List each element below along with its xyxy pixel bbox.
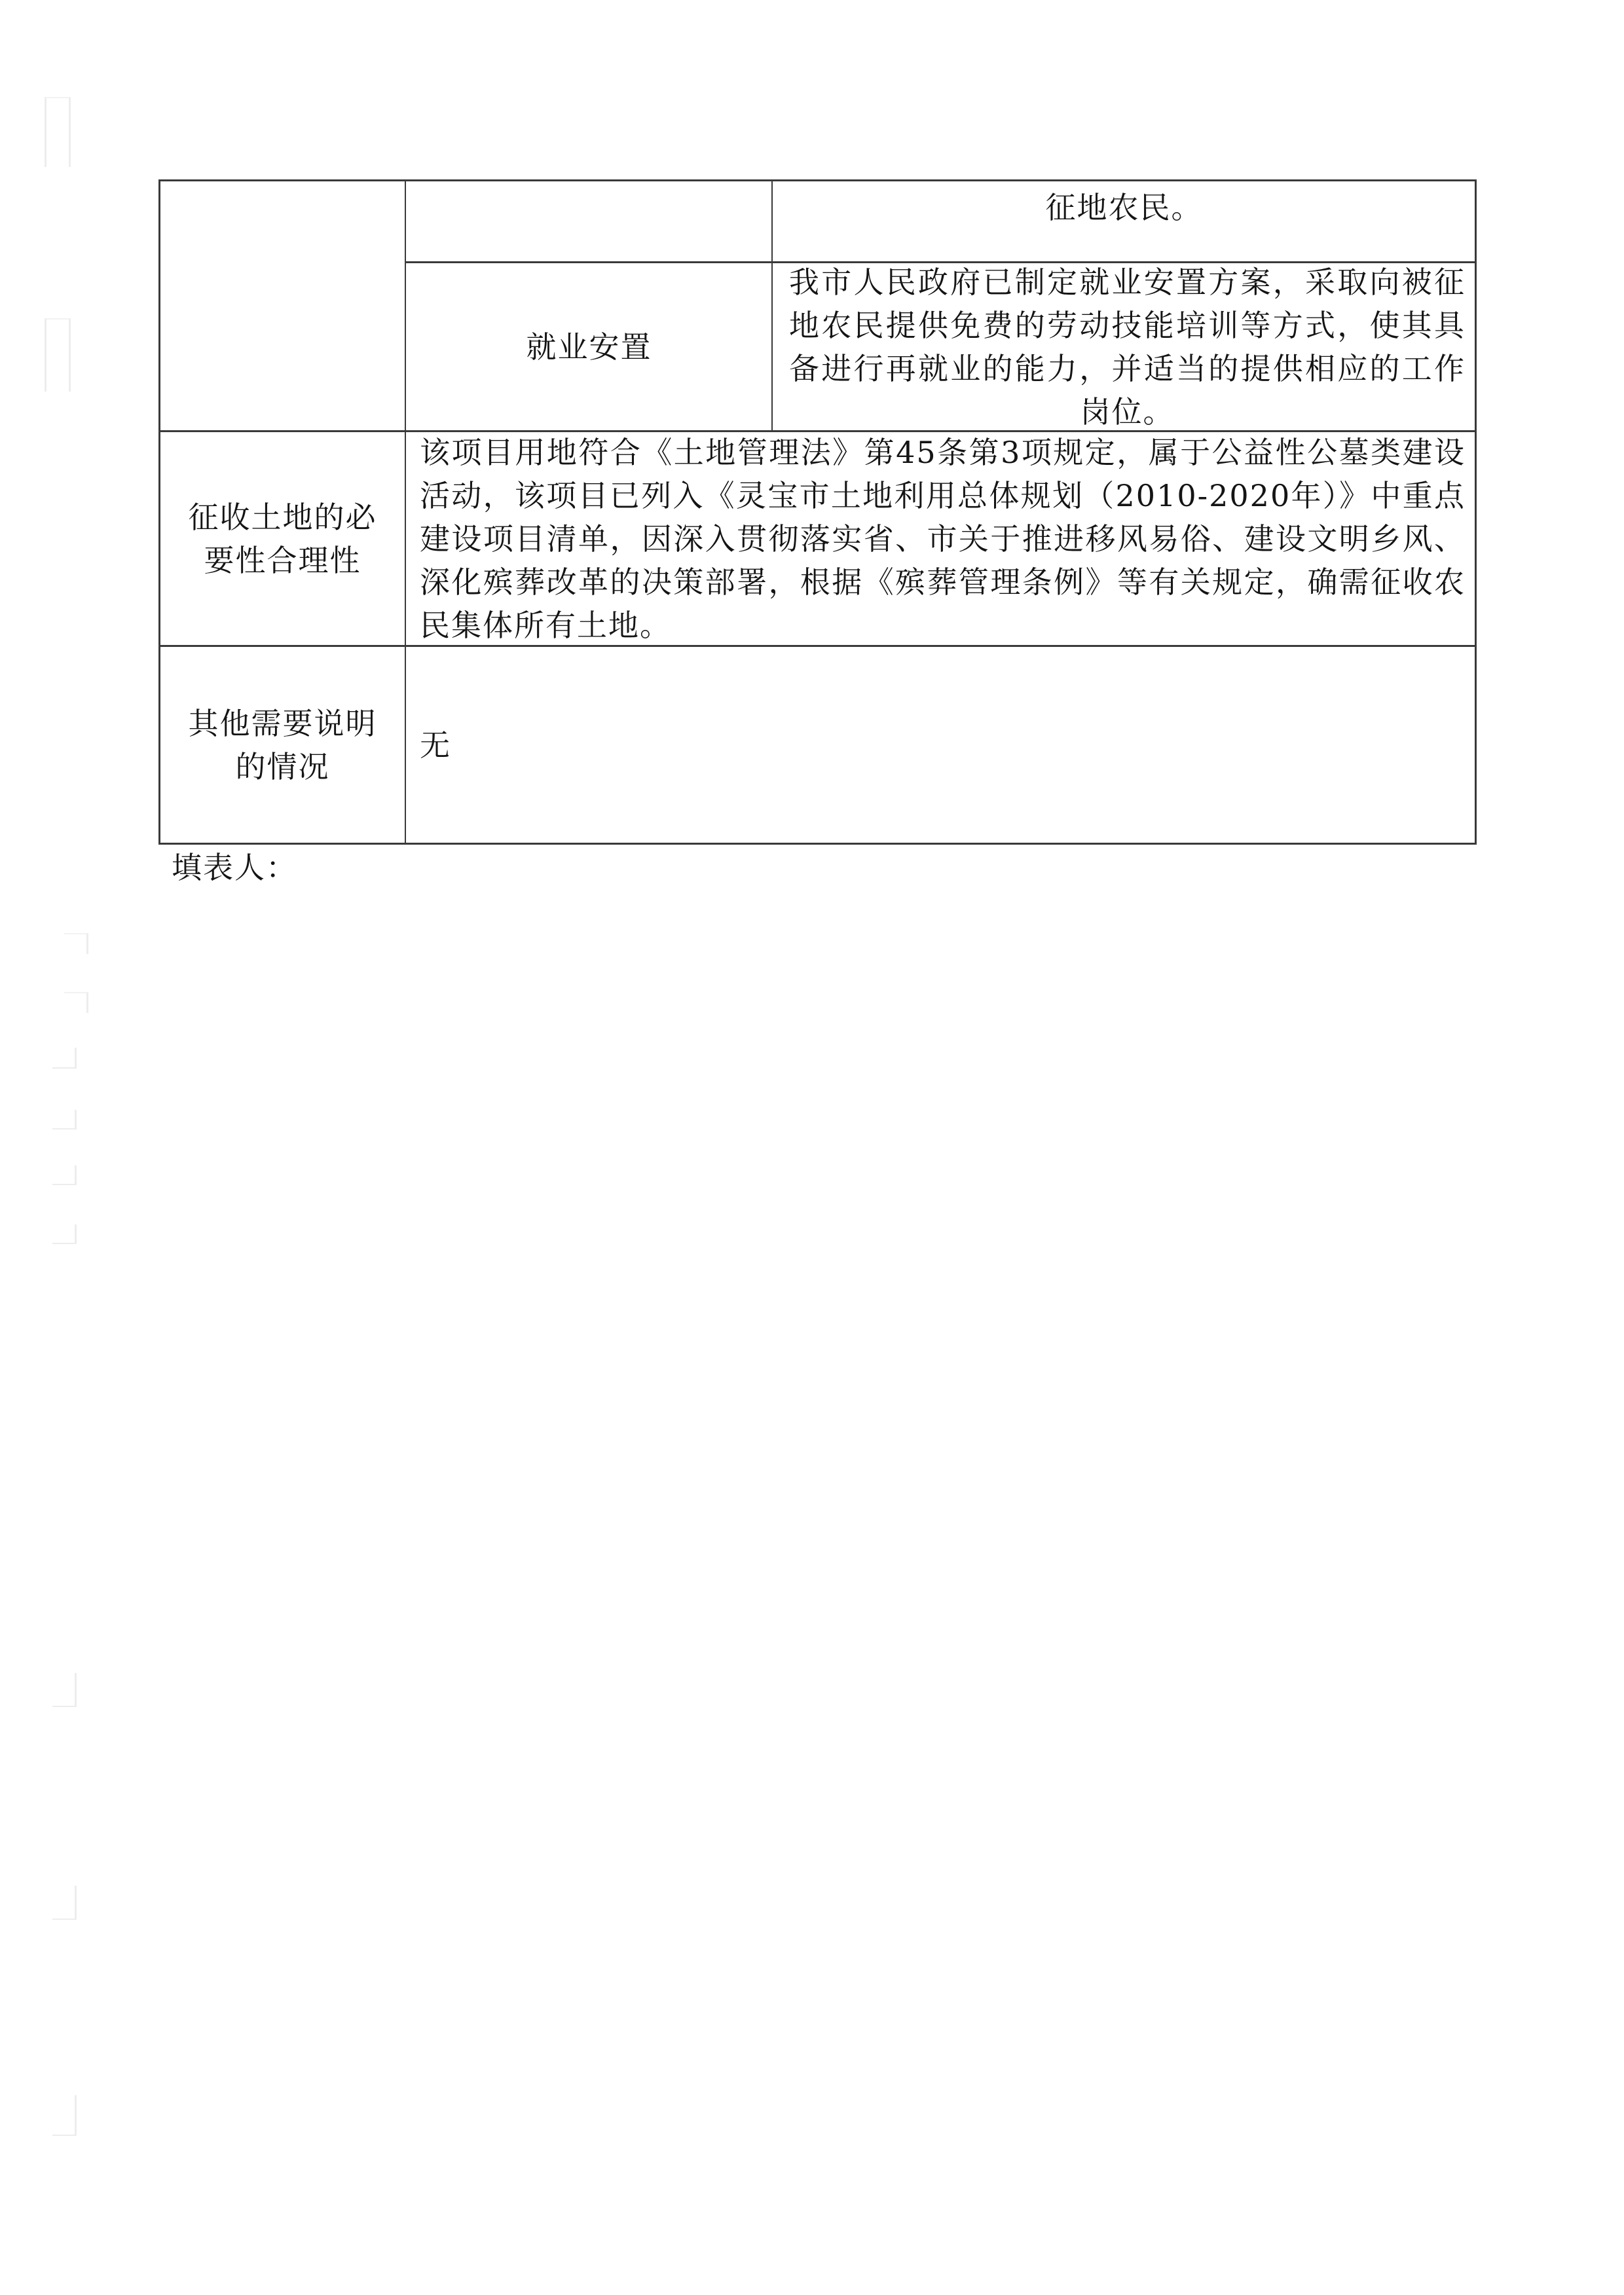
table-divider bbox=[771, 181, 773, 431]
table-divider bbox=[405, 181, 406, 843]
row-a-content: 征地农民。 bbox=[1046, 186, 1203, 229]
other-notes-label: 其他需要说明 的情况 bbox=[189, 702, 377, 788]
necessity-content-cell: 该项目用地符合《土地管理法》第45条第3项规定，属于公益性公墓类建设活动，该项目… bbox=[407, 432, 1475, 645]
necessity-label: 征收土地的必 要性合理性 bbox=[189, 496, 377, 582]
necessity-label-cell: 征收土地的必 要性合理性 bbox=[160, 432, 405, 645]
scan-artifact bbox=[52, 1886, 77, 1920]
row-a-sublabel-cell bbox=[407, 181, 771, 261]
scan-artifact bbox=[52, 1048, 77, 1069]
employment-content: 我市人民政府已制定就业安置方案，采取向被征地农民提供免费的劳动技能培训等方式，使… bbox=[789, 261, 1466, 433]
row-a-content-cell: 征地农民。 bbox=[773, 181, 1475, 234]
scan-artifact bbox=[52, 1673, 77, 1707]
employment-content-cell: 我市人民政府已制定就业安置方案，采取向被征地农民提供免费的劳动技能培训等方式，使… bbox=[773, 263, 1475, 430]
land-acquisition-table: 征地农民。 就业安置 我市人民政府已制定就业安置方案，采取向被征地农民提供免费的… bbox=[158, 179, 1477, 845]
scan-artifact bbox=[64, 992, 88, 1013]
document-page: 征地农民。 就业安置 我市人民政府已制定就业安置方案，采取向被征地农民提供免费的… bbox=[0, 0, 1624, 2295]
other-notes-content-cell: 无 bbox=[407, 647, 1475, 843]
scan-artifact bbox=[45, 318, 71, 392]
form-filler-label: 填表人： bbox=[172, 846, 297, 889]
scan-artifact bbox=[52, 2095, 77, 2136]
other-notes-label-cell: 其他需要说明 的情况 bbox=[160, 647, 405, 843]
scan-artifact bbox=[45, 97, 71, 167]
employment-label: 就业安置 bbox=[526, 325, 652, 369]
scan-artifact bbox=[52, 1166, 77, 1185]
scan-artifact bbox=[52, 1110, 77, 1129]
scan-artifact bbox=[52, 1224, 77, 1244]
scan-artifact bbox=[64, 933, 88, 954]
necessity-content: 该项目用地符合《土地管理法》第45条第3项规定，属于公益性公墓类建设活动，该项目… bbox=[420, 431, 1466, 647]
other-notes-content: 无 bbox=[420, 724, 451, 767]
employment-label-cell: 就业安置 bbox=[407, 263, 771, 430]
